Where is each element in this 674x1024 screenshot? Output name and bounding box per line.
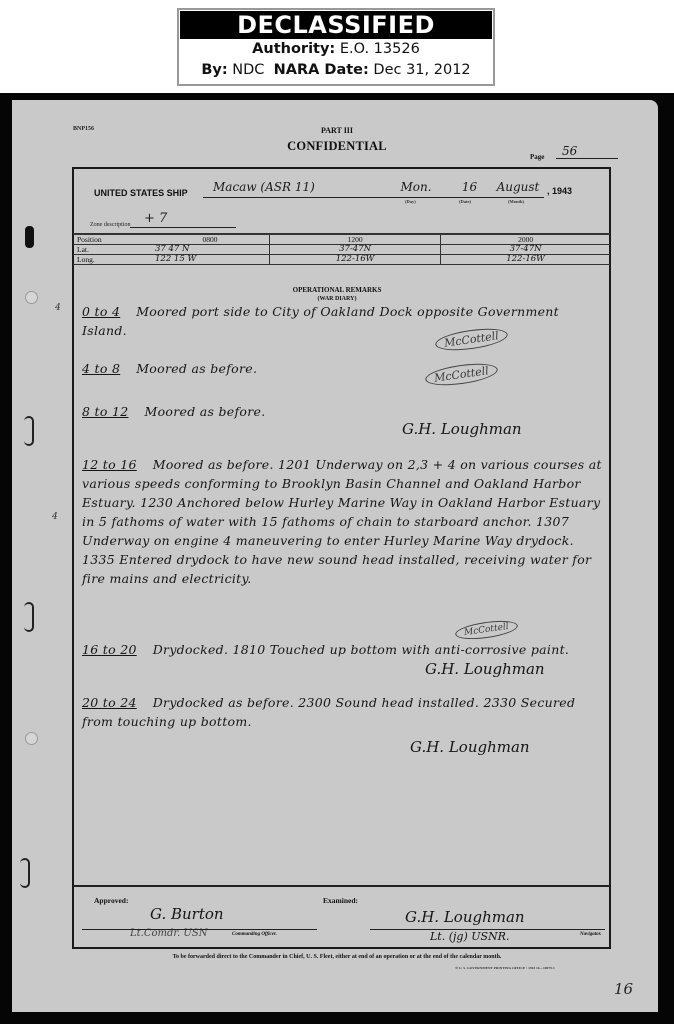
long-value: 122-16W (270, 255, 441, 265)
table-row: Position 0800 1200 2000 (73, 234, 610, 245)
date-sublabel: (Date) (459, 199, 471, 204)
lat-value: 37 47 N (151, 245, 270, 255)
stamp-authority: Authority: E.O. 13526 (179, 39, 493, 60)
watch-period: 8 to 12 (82, 404, 128, 419)
entry-text: Moored as before. 1201 Underway on 2,3 +… (82, 457, 602, 586)
long-value: 122 15 W (151, 255, 270, 265)
entry-text: Drydocked. 1810 Touched up bottom with a… (153, 642, 569, 657)
page-number: 56 (556, 145, 618, 159)
month-sublabel: (Month) (508, 199, 524, 204)
entry-text: Moored as before. (144, 404, 265, 419)
position-table: Position 0800 1200 2000 Lat. 37 47 N 37-… (73, 233, 610, 265)
row-label: Lat. (73, 245, 151, 255)
margin-mark: 4 (52, 512, 58, 522)
watch-period: 12 to 16 (82, 457, 137, 472)
year-value: , 1943 (547, 186, 572, 196)
day-value: Mon. (385, 180, 447, 198)
month-value: August (492, 180, 544, 198)
page-label: Page (530, 153, 544, 161)
log-entry: 0 to 4Moored port side to City of Oaklan… (82, 302, 606, 340)
table-row: Long. 122 15 W 122-16W 122-16W (73, 255, 610, 265)
folio-number: 16 (614, 980, 633, 998)
stamp-by-date: By: NDC NARA Date: Dec 31, 2012 (179, 60, 493, 81)
binder-clip-icon (25, 226, 34, 248)
authority-label: Authority: (252, 41, 335, 57)
ship-name: Macaw (ASR 11) (203, 180, 388, 198)
examined-label: Examined: (323, 896, 358, 905)
stamp-title: DECLASSIFIED (180, 11, 492, 39)
log-entry: 8 to 12Moored as before. (82, 402, 606, 421)
watch-officer-signature: G.H. Loughman (425, 660, 545, 678)
log-entry: 12 to 16Moored as before. 1201 Underway … (82, 455, 606, 588)
watch-period: 20 to 24 (82, 695, 137, 710)
signature-line (82, 929, 317, 930)
long-value: 122-16W (441, 255, 610, 265)
authority-value: E.O. 13526 (340, 41, 420, 57)
by-value: NDC (232, 62, 264, 78)
day-sublabel: (Day) (405, 199, 416, 204)
zone-label: Zone description (90, 222, 131, 228)
nara-date-value: Dec 31, 2012 (373, 62, 470, 78)
by-label: By: (201, 62, 227, 78)
declassification-stamp: DECLASSIFIED Authority: E.O. 13526 By: N… (177, 8, 495, 86)
margin-mark: 4 (55, 303, 61, 313)
log-entry: 20 to 24Drydocked as before. 2300 Sound … (82, 693, 606, 731)
navigator-rank: Lt. (jg) USNR. (430, 930, 509, 943)
navigator-label: Navigator. (580, 932, 602, 937)
row-label: Long. (73, 255, 151, 265)
watch-period: 4 to 8 (82, 361, 120, 376)
year-text: 1943 (552, 186, 572, 196)
ship-label: UNITED STATES SHIP (94, 188, 188, 198)
remarks-title: OPERATIONAL REMARKS (0, 286, 674, 294)
commanding-officer-signature: G. Burton (150, 905, 224, 923)
date-value: 16 (447, 180, 492, 198)
binder-ring-icon (24, 602, 34, 632)
signature-line (370, 929, 605, 930)
part-label: PART III (0, 126, 674, 135)
zone-value: + 7 (130, 212, 236, 228)
entry-text: Moored as before. (136, 361, 257, 376)
watch-officer-signature: G.H. Loughman (410, 738, 530, 756)
lat-value: 37-47N (270, 245, 441, 255)
commanding-officer-label: Commanding Officer. (232, 932, 277, 937)
log-entry: 16 to 20Drydocked. 1810 Touched up botto… (82, 640, 606, 659)
watch-officer-signature: G.H. Loughman (402, 420, 522, 438)
binder-ring-icon (24, 416, 34, 446)
table-row: Lat. 37 47 N 37-47N 37-47N (73, 245, 610, 255)
approved-label: Approved: (94, 896, 128, 905)
nara-date-label: NARA Date: (274, 62, 369, 78)
time-header: 0800 (151, 234, 270, 245)
navigator-signature: G.H. Loughman (405, 908, 525, 926)
entry-text: Drydocked as before. 2300 Sound head ins… (82, 695, 575, 729)
time-header: 1200 (270, 234, 441, 245)
printing-office-mark: ☆ U. S. GOVERNMENT PRINTING OFFICE : 194… (455, 966, 555, 970)
watch-period: 0 to 4 (82, 304, 120, 319)
watch-period: 16 to 20 (82, 642, 137, 657)
forwarding-instruction: To be forwarded direct to the Commander … (0, 954, 674, 960)
log-entry: 4 to 8Moored as before. (82, 359, 606, 378)
row-label: Position (73, 234, 151, 245)
binder-ring-icon (20, 858, 30, 888)
lat-value: 37-47N (441, 245, 610, 255)
punch-hole-icon (25, 732, 38, 745)
time-header: 2000 (441, 234, 610, 245)
